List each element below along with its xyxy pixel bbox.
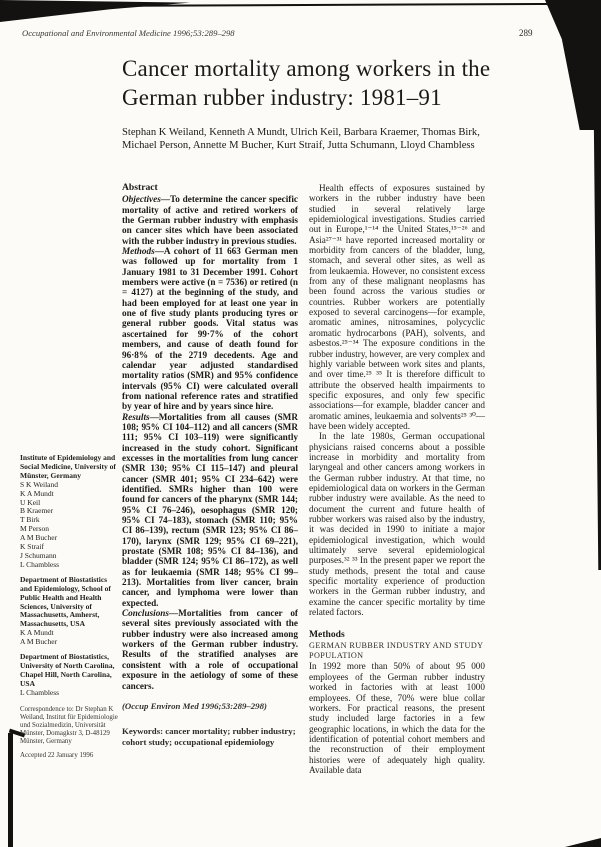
affiliation-author: L Chambless bbox=[20, 561, 118, 570]
scan-artifact-left-bar bbox=[8, 733, 13, 847]
abstract-heading: Abstract bbox=[122, 183, 298, 193]
affiliation-institution: Department of Biostatistics and Epidemio… bbox=[20, 576, 118, 629]
intro-paragraph: In the late 1980s, German occupational p… bbox=[309, 431, 485, 617]
abstract-section-label: Methods bbox=[122, 246, 155, 256]
methods-paragraph: In 1992 more than 50% of about 95 000 em… bbox=[309, 661, 485, 775]
affiliation-institution: Department of Biostatistics, University … bbox=[20, 653, 118, 689]
abstract-section-label: Conclusions bbox=[122, 608, 169, 618]
correspondence-note: Correspondence to: Dr Stephan K Weiland,… bbox=[20, 706, 118, 746]
abstract-objectives: Objectives—To determine the cancer speci… bbox=[122, 194, 298, 246]
body-column: Health effects of exposures sustained by… bbox=[309, 183, 485, 775]
abstract-conclusions: Conclusions—Mortalities from cancer of s… bbox=[122, 608, 298, 691]
page-number: 289 bbox=[519, 28, 533, 38]
scan-artifact-right-edge bbox=[592, 120, 601, 570]
abstract-results: Results—Mortalities from all causes (SMR… bbox=[122, 412, 298, 609]
author-list: Stephan K Weiland, Kenneth A Mundt, Ulri… bbox=[122, 126, 490, 152]
scan-artifact-bottom-right bbox=[565, 838, 601, 847]
scan-artifact-right-corner bbox=[545, 0, 601, 130]
affiliation-block: Department of Biostatistics and Epidemio… bbox=[20, 576, 118, 647]
affiliation-block: Institute of Epidemiology and Social Med… bbox=[20, 454, 118, 570]
abstract-column: Abstract Objectives—To determine the can… bbox=[122, 183, 298, 747]
abstract-methods: Methods—A cohort of 11 663 German men wa… bbox=[122, 246, 298, 412]
abstract-section-text: —Mortalities from cancer of several site… bbox=[122, 608, 298, 690]
article-title: Cancer mortality among workers in the Ge… bbox=[122, 54, 494, 112]
affiliation-block: Department of Biostatistics, University … bbox=[20, 653, 118, 698]
journal-page: Occupational and Environmental Medicine … bbox=[0, 0, 601, 847]
affiliations-sidebar: Institute of Epidemiology and Social Med… bbox=[20, 454, 118, 760]
affiliation-author: A M Bucher bbox=[20, 638, 118, 647]
abstract-section-text: —A cohort of 11 663 German men was follo… bbox=[122, 246, 298, 411]
affiliation-author: L Chambless bbox=[20, 689, 118, 698]
accepted-date: Accepted 22 January 1996 bbox=[20, 752, 118, 760]
affiliation-institution: Institute of Epidemiology and Social Med… bbox=[20, 454, 118, 481]
scan-artifact-top-blob bbox=[0, 0, 190, 22]
article-citation: (Occup Environ Med 1996;53:289–298) bbox=[122, 701, 298, 711]
keywords-line: Keywords: cancer mortality; rubber indus… bbox=[122, 726, 298, 747]
abstract-section-label: Objectives bbox=[122, 194, 161, 204]
abstract-section-label: Results bbox=[122, 412, 150, 422]
journal-running-header: Occupational and Environmental Medicine … bbox=[22, 28, 235, 38]
methods-heading: Methods bbox=[309, 630, 485, 640]
intro-paragraph: Health effects of exposures sustained by… bbox=[309, 183, 485, 431]
abstract-section-text: —Mortalities from all causes (SMR 108; 9… bbox=[122, 412, 298, 608]
methods-subheading: GERMAN RUBBER INDUSTRY AND STUDY POPULAT… bbox=[309, 641, 485, 662]
